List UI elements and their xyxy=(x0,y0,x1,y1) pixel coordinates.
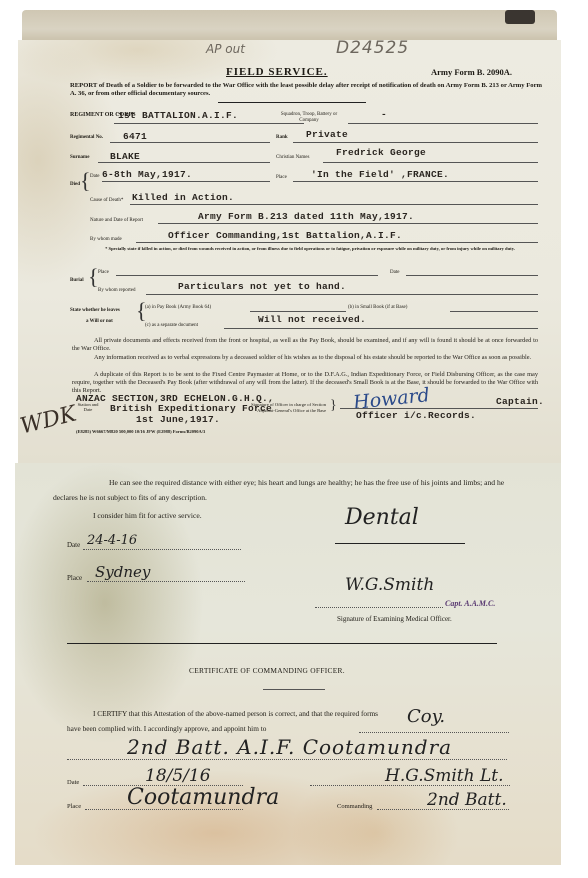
rank-underline xyxy=(293,142,538,143)
by-whom-underline xyxy=(136,242,538,243)
nature-value: Army Form B.213 dated 11th May,1917. xyxy=(198,211,414,222)
doctor-signature-underline xyxy=(335,543,465,544)
died-place-label: Place xyxy=(276,175,287,180)
appointment-value: Coy. xyxy=(407,706,445,727)
regimental-no-value: 6471 xyxy=(123,131,147,142)
burial-label: Burial xyxy=(70,278,84,283)
medical-officer-signature: W.G.Smith xyxy=(345,575,434,595)
christian-names-underline xyxy=(323,162,538,163)
medical-date-value: 24-4-16 xyxy=(87,533,137,548)
pencil-reference-number: D24525 xyxy=(336,38,409,58)
will-option-a: (a) in Pay Book (Army Book 64) xyxy=(145,305,211,310)
by-whom-value: Officer Commanding,1st Battalion,A.I.F. xyxy=(168,230,402,241)
certificate-place-dots xyxy=(85,809,243,810)
burial-place-label: Place xyxy=(98,270,109,275)
regimental-no-underline xyxy=(110,142,270,143)
will-a-underline xyxy=(250,311,346,312)
fit-for-service-statement: I consider him fit for active service. xyxy=(93,511,202,520)
surname-underline xyxy=(98,162,270,163)
certificate-title-rule xyxy=(263,689,325,690)
will-brace: { xyxy=(136,298,147,324)
officer-rank: Captain. xyxy=(496,396,544,407)
died-brace: { xyxy=(80,168,91,194)
regimental-no-label: Regimental No. xyxy=(70,135,103,140)
station-label: Station and Date xyxy=(76,402,100,412)
burial-reported-label: By whom reported xyxy=(98,288,136,293)
burial-reported-underline xyxy=(146,294,538,295)
certificate-date-value: 18/5/16 xyxy=(145,766,211,786)
surname-label: Surname xyxy=(70,155,89,160)
squadron-value: - xyxy=(381,109,387,120)
folded-corner-shadow xyxy=(505,10,535,24)
appointment-dots xyxy=(359,732,509,733)
will-option-c: (c) as a separate document xyxy=(145,323,198,328)
died-place-value: 'In the Field' ,FRANCE. xyxy=(311,169,449,180)
commanding-dots xyxy=(377,809,509,810)
certificate-text-line-2: have been complied with. I accordingly a… xyxy=(67,724,266,733)
regiment-label: REGIMENT OR CORPS xyxy=(70,112,110,118)
attestation-page: He can see the required distance with ei… xyxy=(15,463,561,865)
certificate-place-value: Cootamundra xyxy=(127,785,279,810)
died-date-underline xyxy=(102,181,270,182)
nature-label: Nature and Date of Report xyxy=(90,218,143,223)
squadron-label: Squadron, Troop, Battery or Company xyxy=(274,112,344,124)
cause-label: Cause of Death* xyxy=(90,198,123,203)
will-label-line-1: State whether he leaves xyxy=(70,308,120,313)
rank-label: Rank xyxy=(276,135,288,140)
burial-value: Particulars not yet to hand. xyxy=(178,281,346,292)
burial-brace: { xyxy=(88,264,99,290)
medical-date-dots xyxy=(83,549,241,550)
died-date-value: 6-8th May,1917. xyxy=(102,169,192,180)
died-label: Died xyxy=(70,182,80,187)
handwritten-initials: WDK xyxy=(18,402,79,440)
will-value: Will not received. xyxy=(258,314,366,325)
intro-text: REPORT of Death of a Soldier to be forwa… xyxy=(70,82,542,98)
medical-place-dots xyxy=(87,581,245,582)
station-line-3: 1st June,1917. xyxy=(136,414,220,425)
section-divider xyxy=(67,643,497,644)
officer-title: Officer i/c.Records. xyxy=(356,410,476,421)
commanding-officer-signature: H.G.Smith Lt. xyxy=(385,766,504,786)
instruction-paragraph-3: A duplicate of this Report is to be sent… xyxy=(72,371,538,395)
certificate-place-label: Place xyxy=(67,803,81,810)
rank-value: Private xyxy=(306,129,348,140)
certificate-date-label: Date xyxy=(67,779,79,786)
unit-line-dots xyxy=(67,759,507,760)
medical-date-label: Date xyxy=(67,541,80,549)
commanding-value: 2nd Batt. xyxy=(427,790,507,810)
officer-underline xyxy=(340,408,538,409)
cause-underline xyxy=(130,204,538,205)
medical-signature-label: Signature of Examining Medical Officer. xyxy=(337,615,452,623)
christian-names-label: Christian Names xyxy=(276,155,309,160)
will-option-b: (b) in Small Book (if at Base) xyxy=(348,305,407,310)
died-date-label: Date xyxy=(90,174,99,179)
folded-top-edge xyxy=(22,10,557,42)
doctor-signature: Dental xyxy=(345,505,419,530)
cause-footnote: * Specially state if killed in action, o… xyxy=(90,246,530,252)
medical-place-value: Sydney xyxy=(95,563,150,581)
certificate-text-line-1: I CERTIFY that this Attestation of the a… xyxy=(93,709,378,718)
will-c-underline xyxy=(224,328,538,329)
burial-date-label: Date xyxy=(390,270,399,275)
officer-brace: } xyxy=(330,398,337,414)
squadron-underline xyxy=(348,123,538,124)
will-b-underline xyxy=(450,311,538,312)
regiment-value: 1st BATTALION.A.I.F. xyxy=(118,110,238,121)
christian-names-value: Fredrick George xyxy=(336,147,426,158)
burial-place-underline xyxy=(116,275,378,276)
burial-date-underline xyxy=(406,275,538,276)
officer-in-charge-label: Signature of Officer in charge of Sectio… xyxy=(246,402,326,413)
death-report-form: AP out D24525 FIELD SERVICE. Army Form B… xyxy=(18,40,561,463)
form-title: FIELD SERVICE. xyxy=(226,66,328,78)
print-code: (E8285) W6667/M820 500,000 10/16 JFW (E2… xyxy=(76,429,205,434)
unit-line-value: 2nd Batt. A.I.F. Cootamundra xyxy=(127,735,452,759)
cause-value: Killed in Action. xyxy=(132,192,234,203)
nature-underline xyxy=(158,223,538,224)
medical-officer-stamp: Capt. A.A.M.C. xyxy=(445,599,495,608)
medical-place-label: Place xyxy=(67,574,82,582)
died-place-underline xyxy=(293,181,538,182)
pencil-annotation: AP out xyxy=(206,42,245,56)
instruction-paragraph-2: Any information received as to verbal ex… xyxy=(72,354,538,362)
form-number: Army Form B. 2090A. xyxy=(431,67,512,77)
instruction-paragraph-1: All private documents and effects receiv… xyxy=(72,337,538,353)
by-whom-label: By whom made xyxy=(90,237,122,242)
will-label-line-2: a Will or not xyxy=(86,319,113,324)
medical-officer-dots xyxy=(315,607,443,608)
certificate-title: CERTIFICATE OF COMMANDING OFFICER. xyxy=(189,666,345,675)
divider xyxy=(218,102,366,103)
medical-statement: He can see the required distance with ei… xyxy=(53,475,513,505)
commanding-label: Commanding xyxy=(337,803,372,810)
surname-value: BLAKE xyxy=(110,151,140,162)
commanding-signature-dots xyxy=(310,785,510,786)
